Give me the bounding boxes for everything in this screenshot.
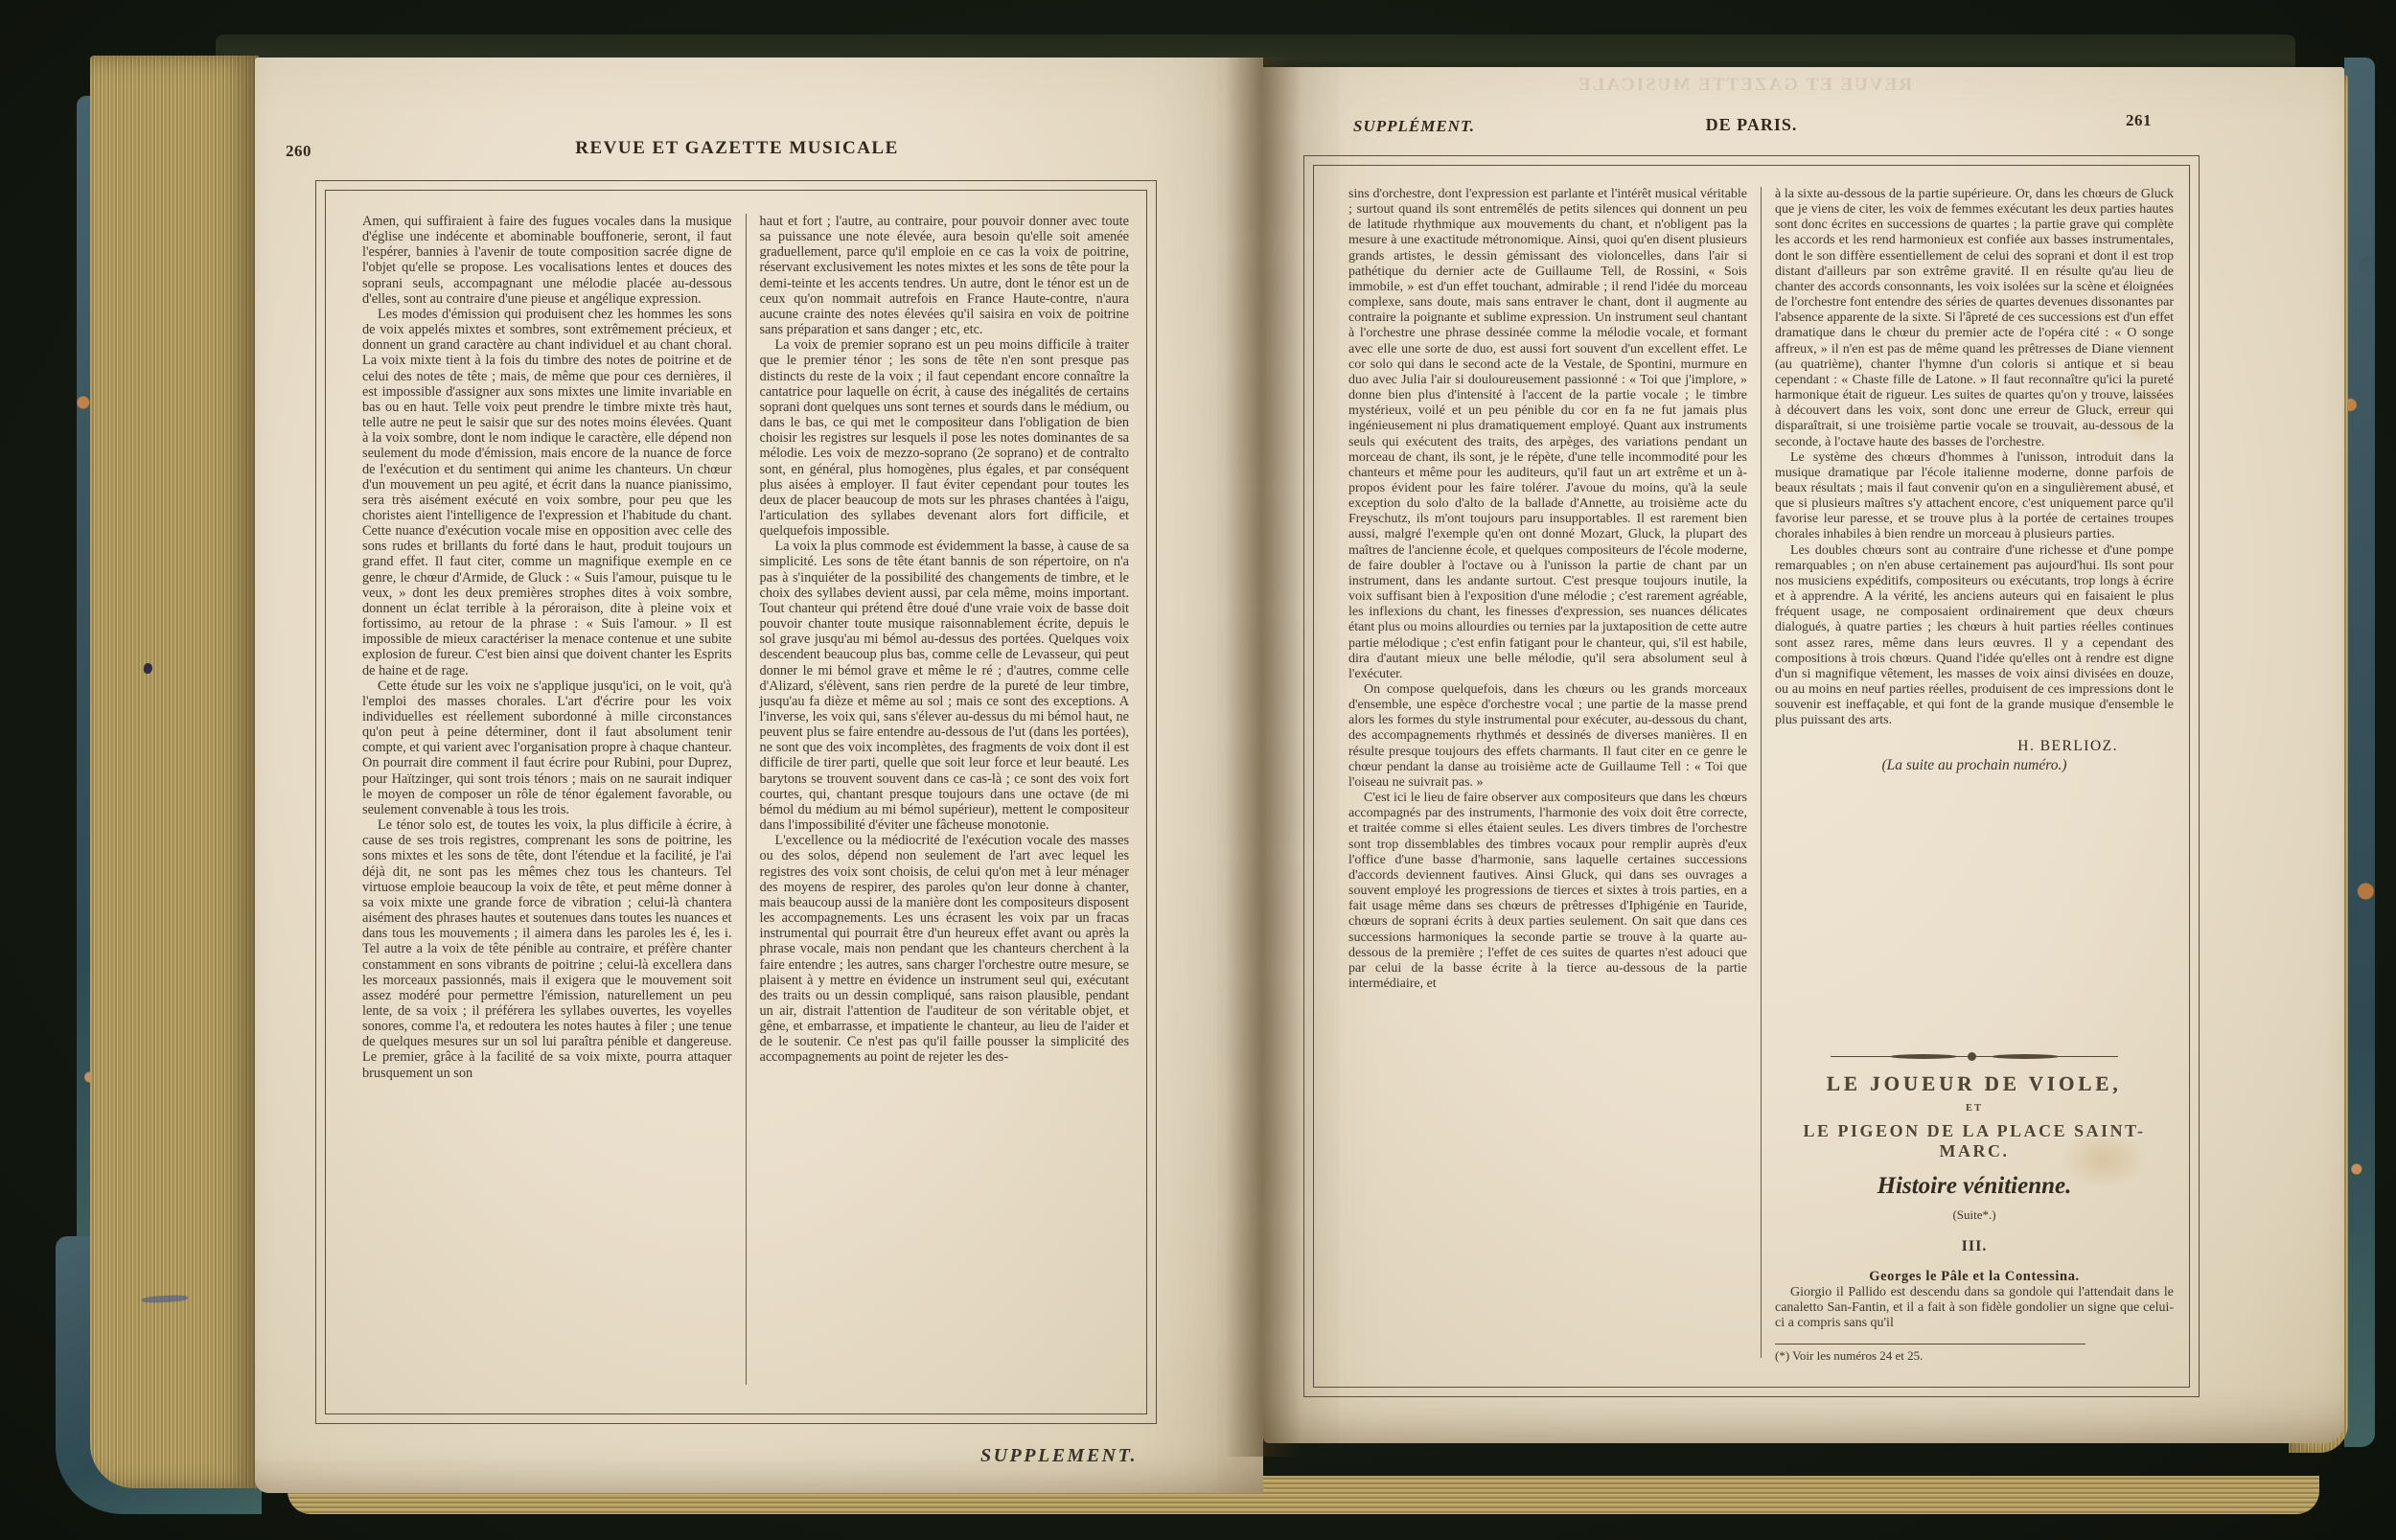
right-columns: sins d'orchestre, dont l'expression est … (1314, 166, 2189, 1368)
article-title-secondary: LE PIGEON DE LA PLACE SAINT-MARC. (1775, 1121, 2174, 1161)
article-subtitle: Histoire vénitienne. (1775, 1173, 2174, 1200)
left-column-1: Amen, qui suffiraient à faire des fugues… (362, 214, 732, 1394)
article-title-primary: LE JOUEUR DE VIOLE, (1775, 1072, 2174, 1096)
article-title-conjunction: ET (1775, 1103, 2174, 1114)
footnote-rule (1775, 1344, 2085, 1345)
right-header-center: DE PARIS. (1303, 115, 2200, 135)
left-text-frame: Amen, qui suffiraient à faire des fugues… (315, 180, 1157, 1424)
paragraph: La voix de premier soprano est un peu mo… (759, 337, 1129, 539)
paragraph: On compose quelquefois, dans les chœurs … (1348, 682, 1747, 791)
article-opening-paragraph: Giorgio il Pallido est descendu dans sa … (1775, 1285, 2174, 1331)
paragraph: Cette étude sur les voix ne s'applique j… (362, 678, 732, 817)
journal-title: REVUE ET GAZETTE MUSICALE (316, 138, 1158, 159)
continuation-note: (La suite au prochain numéro.) (1775, 757, 2174, 774)
right-text-frame: sins d'orchestre, dont l'expression est … (1303, 155, 2200, 1397)
column-rule (746, 214, 747, 1385)
left-text-frame-inner: Amen, qui suffiraient à faire des fugues… (325, 190, 1147, 1414)
page-number-left: 260 (286, 142, 311, 161)
paragraph: sins d'orchestre, dont l'expression est … (1348, 187, 1747, 682)
page-number-right: 261 (2126, 111, 2152, 130)
left-column-2: haut et fort ; l'autre, au contraire, po… (759, 214, 1129, 1394)
paragraph: Les doubles chœurs sont au contraire d'u… (1775, 543, 2174, 729)
right-column-2: à la sixte au-dessous de la partie supér… (1775, 187, 2174, 1368)
column-rule (1761, 187, 1762, 1358)
paragraph: à la sixte au-dessous de la partie supér… (1775, 187, 2174, 450)
marbled-cover-right (2344, 57, 2375, 1447)
right-text-frame-inner: sins d'orchestre, dont l'expression est … (1313, 165, 2190, 1388)
article-section-number: III. (1775, 1238, 2174, 1255)
page-edges-left (90, 56, 259, 1488)
left-page-footer-signature: SUPPLEMENT. (949, 1445, 1169, 1467)
article-chapter-title: Georges le Pâle et la Contessina. (1775, 1269, 2174, 1285)
bleed-through-text: REVUE ET GAZETTE MUSICALE (1505, 75, 1984, 96)
right-column-1: sins d'orchestre, dont l'expression est … (1348, 187, 1747, 1368)
paragraph: C'est ici le lieu de faire observer aux … (1348, 791, 1747, 992)
section-divider-ornament (1831, 1050, 2118, 1063)
book-photograph: 260 REVUE ET GAZETTE MUSICALE Amen, qui … (0, 0, 2396, 1540)
author-signature: H. BERLIOZ. (1775, 738, 2118, 755)
paragraph: L'excellence ou la médiocrité de l'exécu… (759, 833, 1129, 1065)
paragraph: La voix la plus commode est évidemment l… (759, 539, 1129, 833)
right-column-2-text: à la sixte au-dessous de la partie supér… (1775, 187, 2174, 728)
paragraph: Amen, qui suffiraient à faire des fugues… (362, 214, 732, 307)
gutter-shadow (1225, 57, 1302, 1457)
paragraph: Les modes d'émission qui produisent chez… (362, 307, 732, 678)
article-suite-note: (Suite*.) (1775, 1207, 2174, 1223)
feuilleton-article: LE JOUEUR DE VIOLE, ET LE PIGEON DE LA P… (1775, 1050, 2174, 1364)
left-columns: Amen, qui suffiraient à faire des fugues… (326, 191, 1146, 1394)
paragraph: Le système des chœurs d'hommes à l'uniss… (1775, 450, 2174, 543)
paragraph: haut et fort ; l'autre, au contraire, po… (759, 214, 1129, 337)
footnote: (*) Voir les numéros 24 et 25. (1775, 1348, 2174, 1364)
paragraph: Le ténor solo est, de toutes les voix, l… (362, 817, 732, 1081)
